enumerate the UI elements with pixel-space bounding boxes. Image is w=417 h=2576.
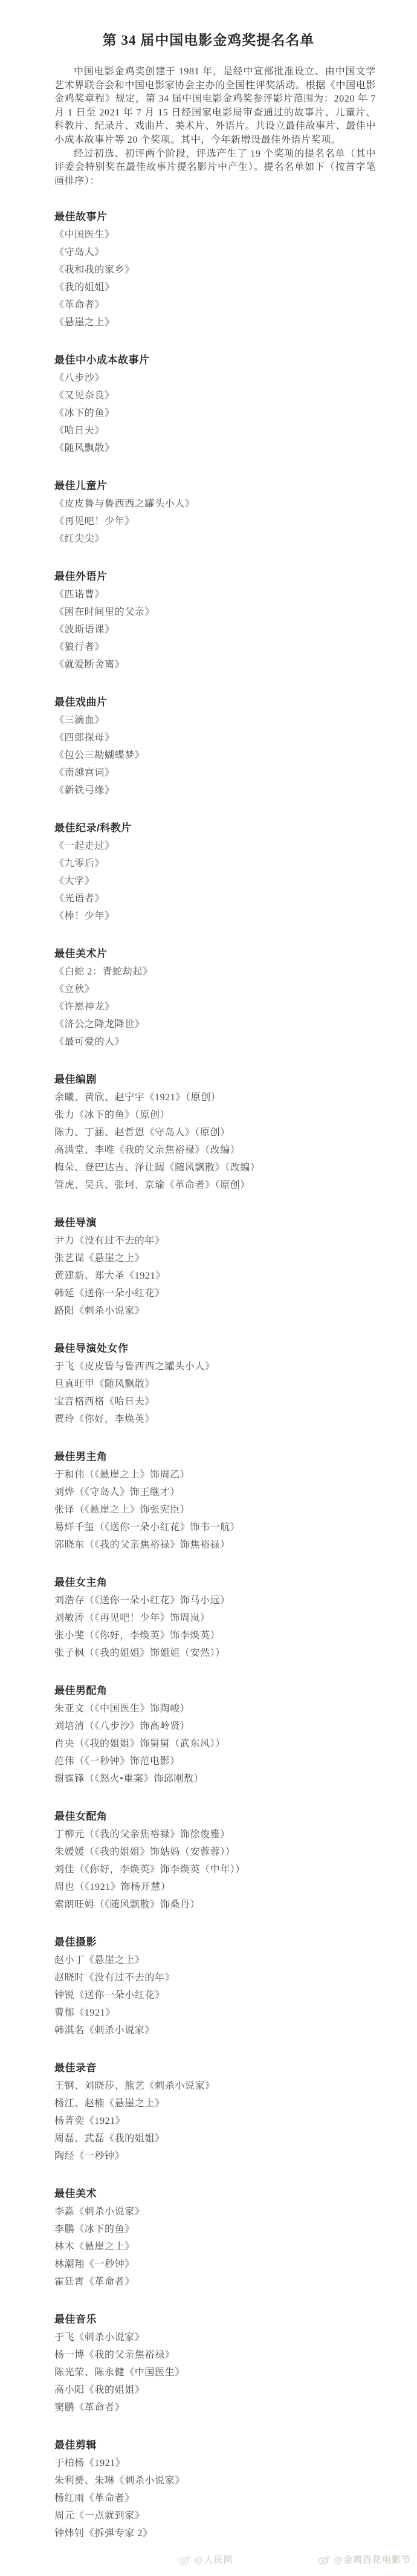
nominee-item: 郭晓东（《我的父亲焦裕禄》饰焦裕禄） (54, 1536, 381, 1554)
award-section: 最佳摄影赵小丁《悬崖之上》赵晓时《没有过不去的年》钟锐《送你一朵小红花》曹郁《1… (54, 1933, 381, 2039)
nominee-item: 《波斯语课》 (54, 621, 381, 638)
nominee-item: 于飞《刺杀小说家》 (54, 2329, 381, 2346)
nominee-item: 杨菁奕《1921》 (54, 2112, 381, 2130)
nominee-item: 《大学》 (54, 872, 381, 890)
watermark-label: @金鸡百花电影节 (334, 2553, 411, 2566)
award-section: 最佳儿童片《皮皮鲁与鲁西西之罐头小人》《再见吧！少年》《红尖尖》 (54, 477, 381, 548)
nominee-item: 尹力《没有过不去的年》 (54, 1232, 381, 1250)
award-section: 最佳美术李淼《刺杀小说家》李鹏《冰下的鱼》林木《悬崖之上》林潮翔《一秒钟》霍廷霄… (54, 2185, 381, 2291)
nominee-item: 《就爱断舍离》 (54, 656, 381, 673)
nominee-item: 张艺谋《悬崖之上》 (54, 1250, 381, 1267)
nominee-item: 路阳《刺杀小说家》 (54, 1302, 381, 1320)
award-section: 最佳戏曲片《三滴血》《四郎探母》《包公三勘蝴蝶梦》《南越宫词》《新铁弓缘》 (54, 693, 381, 799)
award-section: 最佳故事片《中国医生》《守岛人》《我和我的家乡》《我的姐姐》《革命者》《悬崖之上… (54, 208, 381, 331)
section-heading: 最佳摄影 (54, 1933, 381, 1951)
award-section: 最佳导演处女作于飞《皮皮鲁与鲁西西之罐头小人》旦真旺甲《随风飘散》宝音格西格《哈… (54, 1340, 381, 1428)
award-sections: 最佳故事片《中国医生》《守岛人》《我和我的家乡》《我的姐姐》《革命者》《悬崖之上… (0, 208, 417, 2542)
nominee-item: 朱利赟、朱琳《刺杀小说家》 (54, 2472, 381, 2490)
nominee-item: 易烊千玺（《送你一朵小红花》饰韦一航） (54, 1519, 381, 1536)
nominee-item: 于柏杨《1921》 (54, 2454, 381, 2472)
nominee-item: 《最可爱的人》 (54, 1033, 381, 1051)
intro-paragraphs: 中国电影金鸡奖创建于 1981 年，是经中宣部批准设立、由中国文学艺术界联合会和… (0, 65, 417, 188)
nominee-item: 窦鹏《革命者》 (54, 2399, 381, 2416)
section-heading: 最佳导演处女作 (54, 1340, 381, 1358)
nominee-item: 周元《一点就到家》 (54, 2507, 381, 2525)
nominee-item: 《红尖尖》 (54, 530, 381, 548)
nominee-item: 陈光荣、陈永健《中国医生》 (54, 2364, 381, 2381)
nominee-item: 肖央（《我的姐姐》饰舅舅（武东风）） (54, 1735, 381, 1753)
nominee-item: 《八步沙》 (54, 369, 381, 387)
nominee-item: 《哈日夫》 (54, 422, 381, 440)
nominee-item: 钟炜钊《拆弹专家 2》 (54, 2525, 381, 2542)
nominee-item: 《新铁弓缘》 (54, 782, 381, 799)
award-section: 最佳男配角朱亚文（《中国医生》饰陶峻）刘培清（《八步沙》饰高岭贤）肖央（《我的姐… (54, 1682, 381, 1788)
nominee-item: 《一起走过》 (54, 837, 381, 855)
nominee-item: 范伟（《一秒钟》饰范电影） (54, 1753, 381, 1770)
nominee-item: 刘浩存（《送你一朵小红花》饰马小远） (54, 1592, 381, 1609)
nominee-item: 宝音格西格《哈日夫》 (54, 1393, 381, 1410)
section-heading: 最佳美术 (54, 2185, 381, 2203)
nominee-item: 高满堂、李唯《我的父亲焦裕禄》（改编） (54, 1141, 381, 1159)
nominee-item: 朱亚文（《中国医生》饰陶峻） (54, 1700, 381, 1718)
nominee-item: 刘佳（《你好，李焕英》饰李焕英（中年）） (54, 1861, 381, 1878)
watermark-label: @人民网 (195, 2553, 233, 2566)
nominee-item: 林潮翔《一秒钟》 (54, 2256, 381, 2273)
award-section: 最佳音乐于飞《刺杀小说家》杨一博《我的父亲焦裕禄》陈光荣、陈永健《中国医生》高小… (54, 2311, 381, 2416)
nominee-item: 《包公三勘蝴蝶梦》 (54, 747, 381, 764)
nominee-item: 韩延《送你一朵小红花》 (54, 1285, 381, 1302)
nominee-item: 《守岛人》 (54, 244, 381, 261)
weibo-watermark: @金鸡百花电影节 (318, 2553, 411, 2566)
nominee-item: 《我和我的家乡》 (54, 261, 381, 279)
section-heading: 最佳音乐 (54, 2311, 381, 2329)
award-section: 最佳男主角于和伟（《悬崖之上》饰周乙）刘烨（《守岛人》饰王继才）张译（《悬崖之上… (54, 1448, 381, 1554)
nominee-item: 张力《冰下的鱼》（原创） (54, 1106, 381, 1124)
nominee-item: 张小斐（《你好，李焕英》饰李焕英） (54, 1627, 381, 1644)
nominee-item: 《许愿神龙》 (54, 998, 381, 1016)
nominee-item: 《九零后》 (54, 855, 381, 872)
nominee-item: 《冰下的鱼》 (54, 404, 381, 422)
nominee-item: 余曦、黄欣、赵宁宇《1921》（原创） (54, 1089, 381, 1106)
nominee-item: 《随风飘散》 (54, 440, 381, 457)
nominee-item: 李淼《刺杀小说家》 (54, 2203, 381, 2221)
award-section: 最佳外语片《匹诺曹》《困在时间里的父亲》《波斯语课》《狼行者》《就爱断舍离》 (54, 568, 381, 673)
section-heading: 最佳录音 (54, 2059, 381, 2077)
award-section: 最佳中小成本故事片《八步沙》《又见奈良》《冰下的鱼》《哈日夫》《随风飘散》 (54, 351, 381, 457)
nominee-item: 旦真旺甲《随风飘散》 (54, 1375, 381, 1393)
award-section: 最佳导演尹力《没有过不去的年》张艺谋《悬崖之上》黄建新、郑大圣《1921》韩延《… (54, 1214, 381, 1320)
section-heading: 最佳编剧 (54, 1071, 381, 1089)
nominee-item: 王钢、刘晓莎、熊艺《刺杀小说家》 (54, 2077, 381, 2095)
nominee-item: 《三滴血》 (54, 712, 381, 729)
nominee-item: 林木《悬崖之上》 (54, 2238, 381, 2256)
award-section: 最佳纪录/科教片《一起走过》《九零后》《大学》《光语者》《棒！少年》 (54, 819, 381, 925)
nominee-item: 《中国医生》 (54, 226, 381, 244)
nominee-item: 杨江、赵楠《悬崖之上》 (54, 2095, 381, 2112)
intro-paragraph: 经过初选、初评两个阶段，评选产生了 19 个奖项的提名名单（其中评委会特别奖在最… (54, 148, 376, 189)
nominee-item: 《白蛇 2：青蛇劫起》 (54, 963, 381, 981)
section-heading: 最佳剪辑 (54, 2436, 381, 2454)
section-heading: 最佳女主角 (54, 1574, 381, 1592)
nominee-item: 于和伟（《悬崖之上》饰周乙） (54, 1466, 381, 1484)
award-section: 最佳女配角丁柳元（《我的父亲焦裕禄》饰徐俊雅）朱媛媛（《我的姐姐》饰姑妈（安蓉蓉… (54, 1808, 381, 1913)
weibo-icon (179, 2554, 192, 2565)
nominee-item: 朱媛媛（《我的姐姐》饰姑妈（安蓉蓉）） (54, 1843, 381, 1861)
nominee-item: 陶经《一秒钟》 (54, 2147, 381, 2165)
nominee-item: 刘敏涛（《再见吧！少年》饰周岚） (54, 1609, 381, 1627)
nominee-item: 赵晓时《没有过不去的年》 (54, 1969, 381, 1987)
nominee-item: 管虎、吴兵、张珂、京瑜《革命者》（原创） (54, 1176, 381, 1194)
nominee-item: 《再见吧！少年》 (54, 513, 381, 530)
section-heading: 最佳美术片 (54, 945, 381, 963)
nominee-item: 谢霆锋（《怒火•重案》饰邱刚敖） (54, 1770, 381, 1788)
page-title: 第 34 届中国电影金鸡奖提名名单 (0, 29, 417, 49)
nominee-item: 贾玲《你好，李焕英》 (54, 1410, 381, 1428)
nominee-item: 陈力、丁涵、赵哲恩《守岛人》（原创） (54, 1124, 381, 1141)
nominee-item: 《四郎探母》 (54, 729, 381, 747)
nominee-item: 索朗旺姆（《随风飘散》饰桑丹） (54, 1896, 381, 1913)
nominee-item: 《棒！少年》 (54, 907, 381, 925)
nominee-item: 张子枫（《我的姐姐》饰姐姐（安然）） (54, 1644, 381, 1662)
weibo-watermark: @人民网 (179, 2553, 233, 2566)
nominee-item: 《光语者》 (54, 890, 381, 907)
nominee-item: 钟锐《送你一朵小红花》 (54, 1987, 381, 2004)
intro-paragraph: 中国电影金鸡奖创建于 1981 年，是经中宣部批准设立、由中国文学艺术界联合会和… (54, 65, 376, 148)
nominee-item: 杨一博《我的父亲焦裕禄》 (54, 2346, 381, 2364)
section-heading: 最佳男配角 (54, 1682, 381, 1700)
nominee-item: 梅朵、登巴达吉、泽让闼《随风飘散》（改编） (54, 1159, 381, 1176)
nominee-item: 韩淇名《刺杀小说家》 (54, 2022, 381, 2039)
document-page: 第 34 届中国电影金鸡奖提名名单 中国电影金鸡奖创建于 1981 年，是经中宣… (0, 0, 417, 2576)
nominee-item: 周磊、武磊《我的姐姐》 (54, 2130, 381, 2147)
section-heading: 最佳中小成本故事片 (54, 351, 381, 369)
nominee-item: 《我的姐姐》 (54, 279, 381, 296)
nominee-item: 周也（《1921》饰杨开慧） (54, 1878, 381, 1896)
watermark-footer: @人民网@金鸡百花电影节 (0, 2553, 417, 2569)
nominee-item: 《匹诺曹》 (54, 586, 381, 603)
award-section: 最佳剪辑于柏杨《1921》朱利赟、朱琳《刺杀小说家》杨红雨《革命者》周元《一点就… (54, 2436, 381, 2542)
section-heading: 最佳导演 (54, 1214, 381, 1232)
nominee-item: 《济公之降龙降世》 (54, 1016, 381, 1033)
nominee-item: 张译（《悬崖之上》饰张宪臣） (54, 1501, 381, 1519)
nominee-item: 《立秋》 (54, 981, 381, 998)
section-heading: 最佳戏曲片 (54, 693, 381, 712)
nominee-item: 高小阳《我的姐姐》 (54, 2381, 381, 2399)
nominee-item: 《皮皮鲁与鲁西西之罐头小人》 (54, 495, 381, 513)
section-heading: 最佳外语片 (54, 568, 381, 586)
nominee-item: 黄建新、郑大圣《1921》 (54, 1267, 381, 1285)
nominee-item: 丁柳元（《我的父亲焦裕禄》饰徐俊雅） (54, 1826, 381, 1843)
nominee-item: 赵小丁《悬崖之上》 (54, 1951, 381, 1969)
nominee-item: 《狼行者》 (54, 638, 381, 656)
award-section: 最佳编剧余曦、黄欣、赵宁宇《1921》（原创）张力《冰下的鱼》（原创）陈力、丁涵… (54, 1071, 381, 1194)
nominee-item: 曹郁《1921》 (54, 2004, 381, 2022)
nominee-item: 杨红雨《革命者》 (54, 2490, 381, 2507)
nominee-item: 《又见奈良》 (54, 387, 381, 404)
nominee-item: 刘烨（《守岛人》饰王继才） (54, 1484, 381, 1501)
nominee-item: 《南越宫词》 (54, 764, 381, 782)
section-heading: 最佳儿童片 (54, 477, 381, 495)
section-heading: 最佳男主角 (54, 1448, 381, 1466)
award-section: 最佳录音王钢、刘晓莎、熊艺《刺杀小说家》杨江、赵楠《悬崖之上》杨菁奕《1921》… (54, 2059, 381, 2165)
award-section: 最佳女主角刘浩存（《送你一朵小红花》饰马小远）刘敏涛（《再见吧！少年》饰周岚）张… (54, 1574, 381, 1662)
section-heading: 最佳纪录/科教片 (54, 819, 381, 837)
section-heading: 最佳故事片 (54, 208, 381, 226)
nominee-item: 霍廷霄《革命者》 (54, 2273, 381, 2291)
section-heading: 最佳女配角 (54, 1808, 381, 1826)
weibo-icon (318, 2554, 331, 2565)
nominee-item: 李鹏《冰下的鱼》 (54, 2221, 381, 2238)
nominee-item: 《革命者》 (54, 296, 381, 314)
award-section: 最佳美术片《白蛇 2：青蛇劫起》《立秋》《许愿神龙》《济公之降龙降世》《最可爱的… (54, 945, 381, 1051)
nominee-item: 《困在时间里的父亲》 (54, 603, 381, 621)
nominee-item: 《悬崖之上》 (54, 314, 381, 331)
nominee-item: 刘培清（《八步沙》饰高岭贤） (54, 1718, 381, 1735)
nominee-item: 于飞《皮皮鲁与鲁西西之罐头小人》 (54, 1358, 381, 1375)
